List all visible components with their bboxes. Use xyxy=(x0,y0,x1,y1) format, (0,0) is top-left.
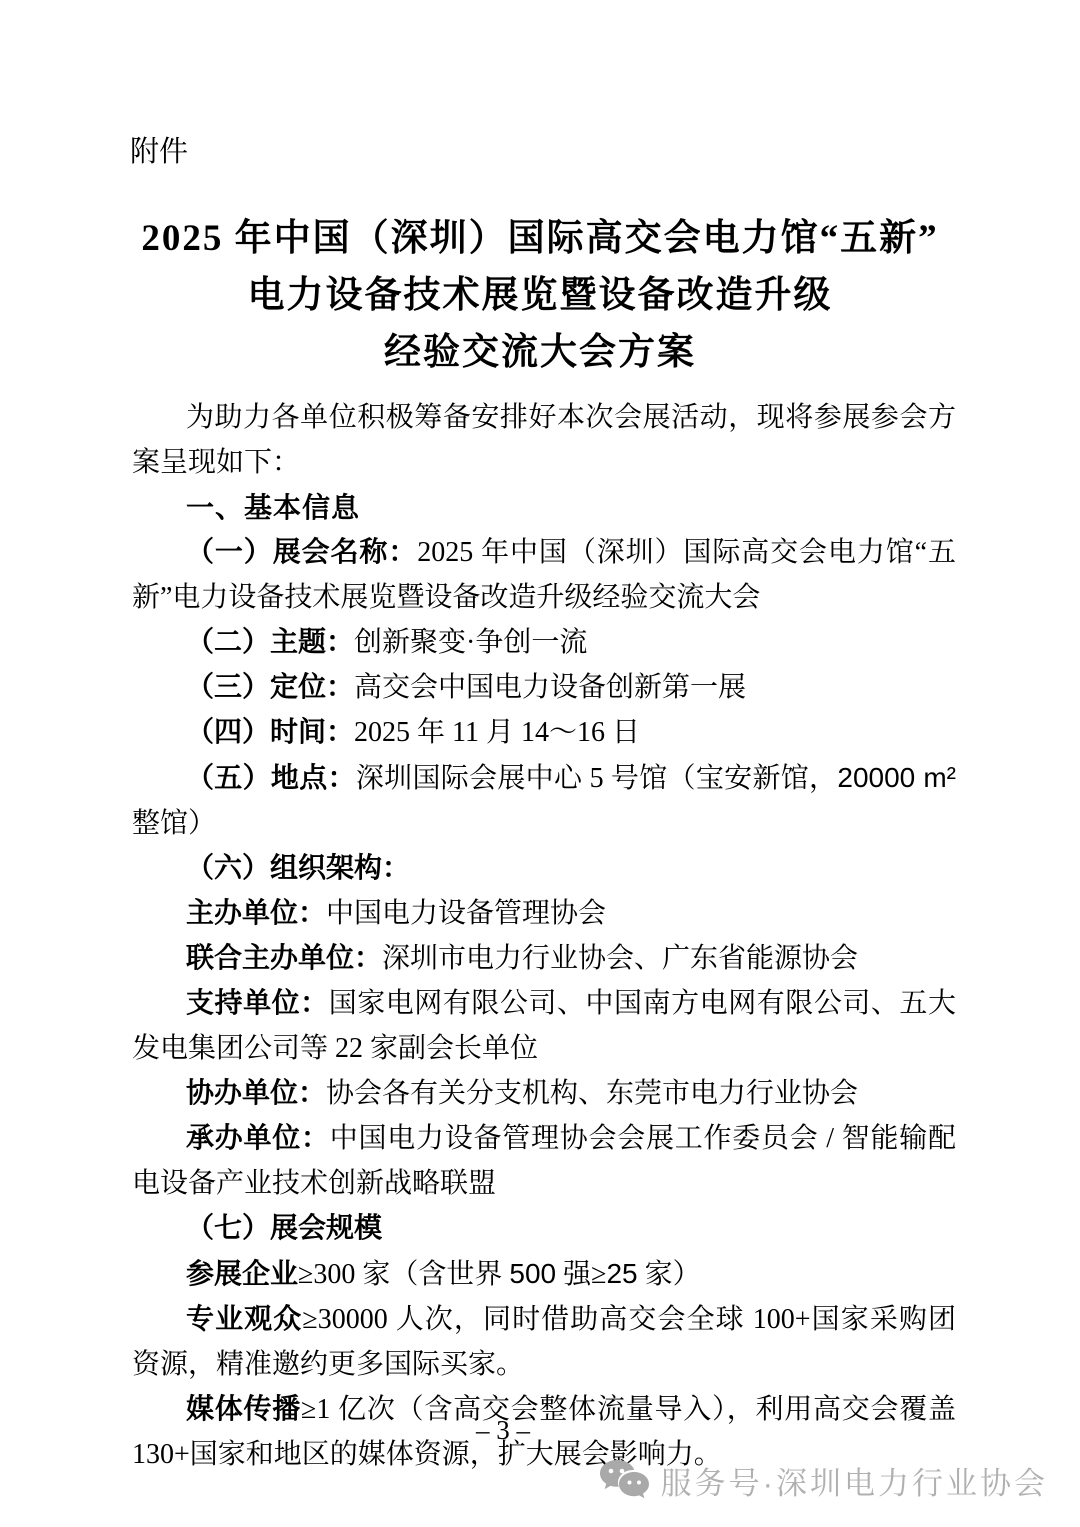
text-run: 一、基本信息 xyxy=(186,492,360,523)
text-run: 深圳国际会展中心 5 号馆（宝安新馆， xyxy=(356,763,838,794)
text-run: 专业观众 xyxy=(186,1304,302,1335)
text-run: 25 xyxy=(606,1258,637,1289)
text-run: 为助力各单位积极筹备安排好本次会展活动，现将参展参会方案呈现如下： xyxy=(132,402,956,478)
item-exhibition-name: （一）展会名称：2025 年中国（深圳）国际高交会电力馆“五新”电力设备技术展览… xyxy=(132,530,956,620)
text-run: 强≥ xyxy=(556,1259,606,1290)
item-positioning: （三）定位：高交会中国电力设备创新第一展 xyxy=(132,665,956,710)
text-run: ≥300 家（含世界 xyxy=(298,1259,509,1290)
section-heading-basic-info: 一、基本信息 xyxy=(132,485,956,530)
title-line-3: 经验交流大会方案 xyxy=(60,324,1020,381)
title-line-2: 电力设备技术展览暨设备改造升级 xyxy=(60,267,1020,324)
intro-paragraph: 为助力各单位积极筹备安排好本次会展活动，现将参展参会方案呈现如下： xyxy=(132,395,956,485)
document-page: 附件 2025 年中国（深圳）国际高交会电力馆“五新” 电力设备技术展览暨设备改… xyxy=(0,0,1080,1527)
scale-exhibitors: 参展企业≥300 家（含世界 500 强≥25 家） xyxy=(132,1251,956,1297)
org-co-organizer: 协办单位：协会各有关分支机构、东莞市电力行业协会 xyxy=(132,1071,956,1116)
text-run: （三）定位： xyxy=(186,672,354,703)
text-run: 整馆） xyxy=(132,808,216,839)
text-run: 500 xyxy=(509,1258,556,1289)
watermark-text: 服务号·深圳电力行业协会 xyxy=(661,1458,1048,1503)
text-run: 协办单位： xyxy=(186,1078,326,1109)
text-run: （一）展会名称： xyxy=(186,537,417,568)
text-run: 2025 年 11 月 14～16 日 xyxy=(354,717,640,748)
item-venue: （五）地点：深圳国际会展中心 5 号馆（宝安新馆，20000 m²整馆） xyxy=(132,755,956,846)
document-body: 为助力各单位积极筹备安排好本次会展活动，现将参展参会方案呈现如下：一、基本信息（… xyxy=(0,395,1080,1477)
attachment-label: 附件 xyxy=(130,134,1080,170)
text-run: 高交会中国电力设备创新第一展 xyxy=(354,672,746,703)
text-run: 创新聚变·争创一流 xyxy=(354,627,587,658)
page-number: – 3 – xyxy=(0,1413,1006,1447)
text-run: 参展企业 xyxy=(186,1259,298,1290)
text-run: 支持单位： xyxy=(186,988,329,1019)
watermark: 服务号·深圳电力行业协会 xyxy=(599,1458,1048,1503)
text-run: （二）主题： xyxy=(186,627,354,658)
title-line-1: 2025 年中国（深圳）国际高交会电力馆“五新” xyxy=(60,210,1020,267)
text-run: 联合主办单位： xyxy=(186,943,382,974)
text-run: 主办单位： xyxy=(186,898,326,929)
org-host: 主办单位：中国电力设备管理协会 xyxy=(132,891,956,936)
wechat-icon xyxy=(599,1459,651,1503)
text-run: 家） xyxy=(638,1259,701,1290)
text-run: （六）组织架构： xyxy=(186,853,410,884)
text-run: 协会各有关分支机构、东莞市电力行业协会 xyxy=(326,1078,858,1109)
scale-visitors: 专业观众≥30000 人次，同时借助高交会全球 100+国家采购团资源，精准邀约… xyxy=(132,1297,956,1387)
text-run: （四）时间： xyxy=(186,717,354,748)
text-run: （七）展会规模 xyxy=(186,1213,382,1244)
org-support: 支持单位：国家电网有限公司、中国南方电网有限公司、五大发电集团公司等 22 家副… xyxy=(132,981,956,1071)
org-co-host: 联合主办单位：深圳市电力行业协会、广东省能源协会 xyxy=(132,936,956,981)
text-run: 中国电力设备管理协会 xyxy=(326,898,606,929)
text-run: 深圳市电力行业协会、广东省能源协会 xyxy=(382,943,858,974)
item-theme: （二）主题：创新聚变·争创一流 xyxy=(132,620,956,665)
org-undertaker: 承办单位：中国电力设备管理协会会展工作委员会 / 智能输配电设备产业技术创新战略… xyxy=(132,1116,956,1206)
document-title: 2025 年中国（深圳）国际高交会电力馆“五新” 电力设备技术展览暨设备改造升级… xyxy=(60,210,1020,381)
text-run: （五）地点： xyxy=(186,763,356,794)
text-run: 承办单位： xyxy=(186,1123,330,1154)
text-run: 20000 m² xyxy=(837,762,956,793)
item-scale: （七）展会规模 xyxy=(132,1206,956,1251)
item-time: （四）时间：2025 年 11 月 14～16 日 xyxy=(132,710,956,755)
item-organization: （六）组织架构： xyxy=(132,846,956,891)
